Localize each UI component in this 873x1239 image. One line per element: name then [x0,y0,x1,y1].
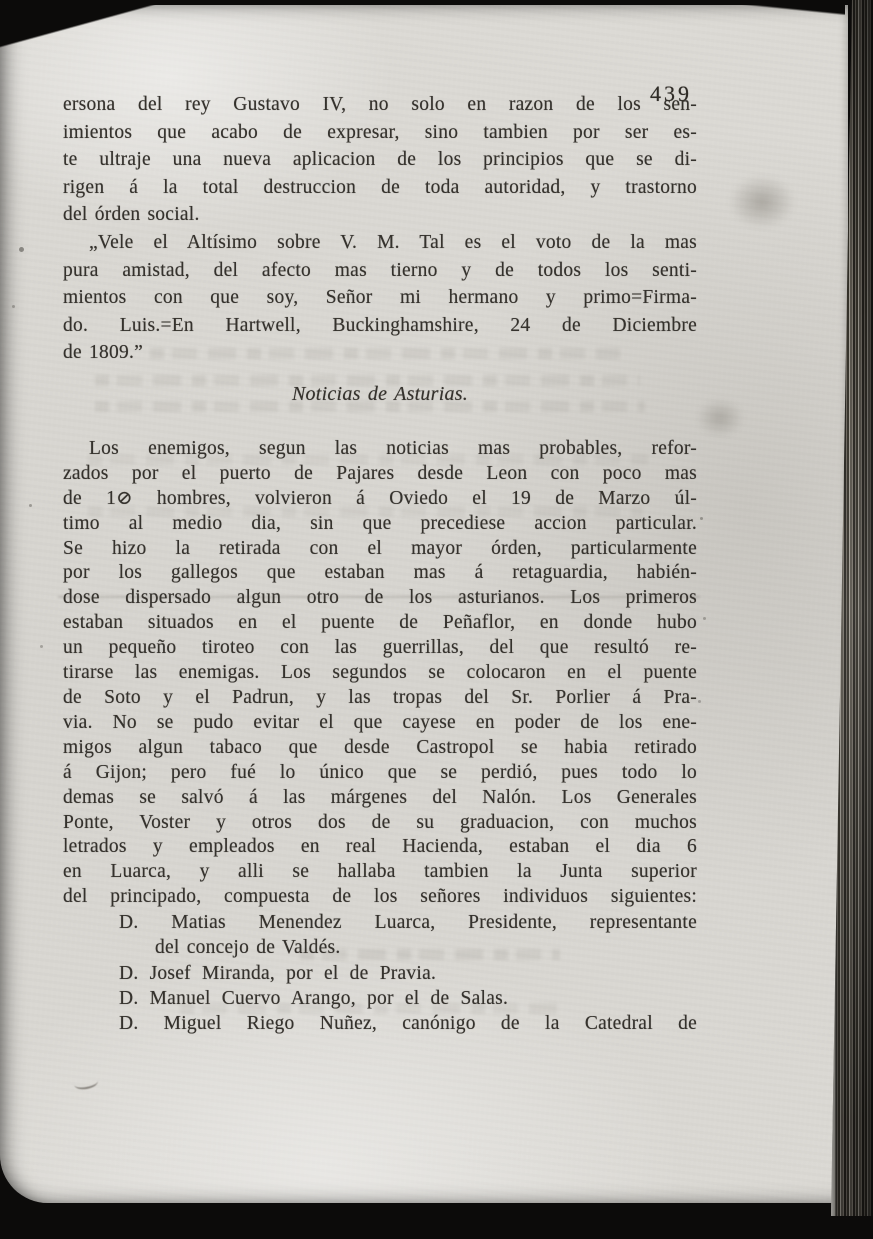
text-line: do. Luis.=En Hartwell, Buckinghamshire, … [63,312,697,340]
list-item-line: D. Matias Menendez Luarca, Presidente, r… [63,910,697,935]
junta-members-list: D. Matias Menendez Luarca, Presidente, r… [63,910,697,1036]
text-line: de 1809.” [63,339,697,367]
text-line: ersona del rey Gustavo IV, no solo en ra… [63,91,697,119]
paper-stain [694,397,746,439]
text-line: del principado, compuesta de los señores… [63,885,697,910]
text-line: „Vele el Altísimo sobre V. M. Tal es el … [63,229,697,257]
list-item-line: D. Miguel Riego Nuñez, canónigo de la Ca… [63,1011,697,1036]
text-line: timo al medio dia, sin que precediese ac… [63,512,697,537]
text-line: tirarse las enemigas. Los segundos se co… [63,661,697,686]
text-line: de 1⊘ hombres, volvieron á Oviedo el 19 … [63,487,697,512]
text-line: imientos que acabo de expresar, sino tam… [63,119,697,147]
handwritten-mark [73,1075,99,1091]
text-line: mientos con que soy, Señor mi hermano y … [63,284,697,312]
text-line: un pequeño tiroteo con las guerrillas, d… [63,636,697,661]
backdrop-corner-top-right [695,0,845,15]
text-line: letrados y empleados en real Hacienda, e… [63,835,697,860]
list-item-line: D. Josef Miranda, por el de Pravia. [63,961,697,986]
text-line: demas se salvó á las márgenes del Nalón.… [63,786,697,811]
section-heading: Noticias de Asturias. [63,381,697,407]
text-line: estaban situados en el puente de Peñaflo… [63,611,697,636]
text-block: ersona del rey Gustavo IV, no solo en ra… [63,91,697,1036]
list-item-line: D. Manuel Cuervo Arango, por el de Salas… [63,986,697,1011]
text-line: migos algun tabaco que desde Castropol s… [63,736,697,761]
scan-backdrop: { "colors": { "paper": "#d9d7d2", "ink":… [0,0,873,1239]
text-line: por los gallegos que estaban mas á retag… [63,561,697,586]
text-line: dose dispersado algun otro de los asturi… [63,586,697,611]
text-line: de Soto y el Padrun, y las tropas del Sr… [63,686,697,711]
text-line: en Luarca, y alli se hallaba tambien la … [63,860,697,885]
paragraph-royal-letter: ersona del rey Gustavo IV, no solo en ra… [63,91,697,229]
paragraph-letter-closing: „Vele el Altísimo sobre V. M. Tal es el … [63,229,697,367]
text-line: Ponte, Voster y otros dos de su graduaci… [63,811,697,836]
text-line: á Gijon; pero fué lo único que se perdió… [63,761,697,786]
text-line: del órden social. [63,201,697,229]
list-item-line: del concejo de Valdés. [63,935,697,960]
text-line: te ultraje una nueva aplicacion de los p… [63,146,697,174]
paragraph-asturias-news: Los enemigos, segun las noticias mas pro… [63,437,697,910]
text-line: Los enemigos, segun las noticias mas pro… [63,437,697,462]
backdrop-corner-top-left [0,0,175,48]
paper-stain [726,173,798,231]
text-line: via. No se pudo evitar el que cayese en … [63,711,697,736]
text-line: zados por el puerto de Pajares desde Leo… [63,462,697,487]
text-line: Se hizo la retirada con el mayor órden, … [63,537,697,562]
text-line: rigen á la total destruccion de toda aut… [63,174,697,202]
scanned-page: 439 ersona del rey Gustavo IV, no solo e… [0,5,848,1203]
text-line: pura amistad, del afecto mas tierno y de… [63,257,697,285]
